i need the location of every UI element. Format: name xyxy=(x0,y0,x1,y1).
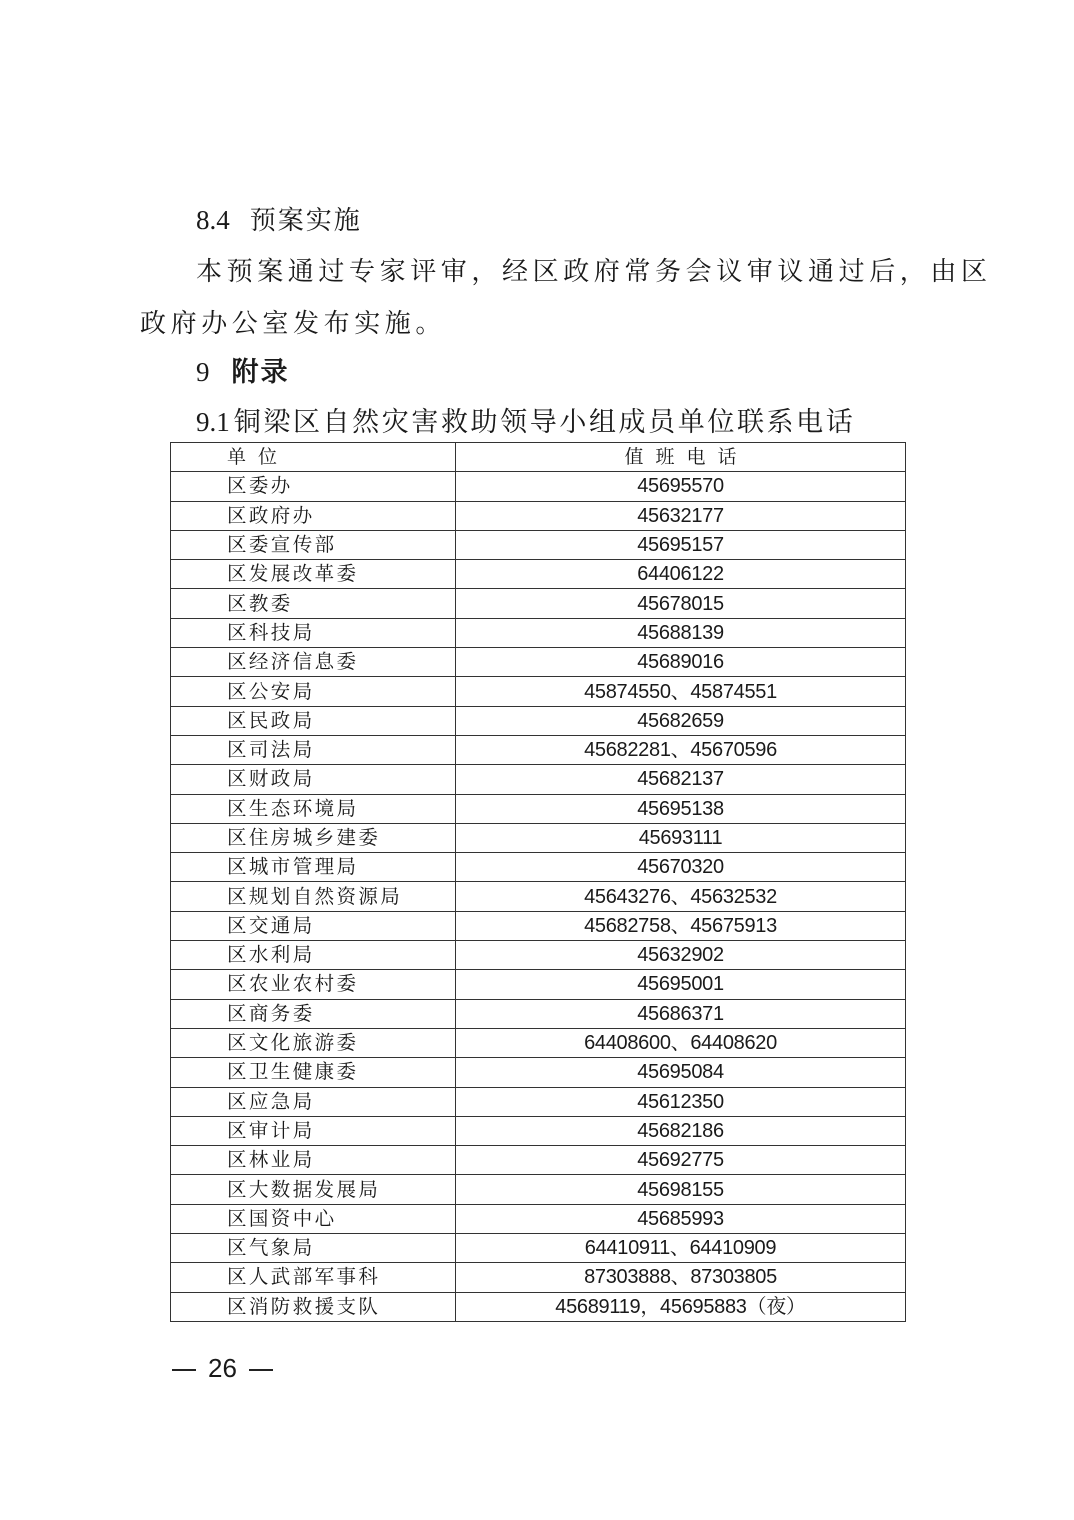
unit-cell: 区生态环境局 xyxy=(171,794,456,823)
phone-cell: 45688139 xyxy=(456,618,906,647)
table-row: 区水利局45632902 xyxy=(171,941,906,970)
unit-cell: 区水利局 xyxy=(171,941,456,970)
unit-cell: 区林业局 xyxy=(171,1146,456,1175)
table-row: 区文化旅游委64408600、64408620 xyxy=(171,1028,906,1057)
phone-cell: 45678015 xyxy=(456,589,906,618)
phone-cell: 45682281、45670596 xyxy=(456,735,906,764)
table-row: 区交通局45682758、45675913 xyxy=(171,911,906,940)
unit-cell: 区科技局 xyxy=(171,618,456,647)
unit-cell: 区民政局 xyxy=(171,706,456,735)
table-row: 区教委45678015 xyxy=(171,589,906,618)
table-row: 区国资中心45685993 xyxy=(171,1204,906,1233)
table-row: 区政府办45632177 xyxy=(171,501,906,530)
phone-cell: 45685993 xyxy=(456,1204,906,1233)
phone-cell: 45689016 xyxy=(456,648,906,677)
section-number: 9 xyxy=(196,357,210,387)
phone-cell: 45682758、45675913 xyxy=(456,911,906,940)
table-row: 区司法局45682281、45670596 xyxy=(171,735,906,764)
unit-cell: 区委办 xyxy=(171,472,456,501)
page-number: 26 xyxy=(208,1353,237,1383)
unit-cell: 区商务委 xyxy=(171,999,456,1028)
unit-cell: 区国资中心 xyxy=(171,1204,456,1233)
section-title: 预案实施 xyxy=(250,206,362,236)
table-row: 区大数据发展局45698155 xyxy=(171,1175,906,1204)
column-header-phone: 值班电话 xyxy=(456,443,906,472)
section-9-heading: 9附录 xyxy=(196,352,290,393)
unit-cell: 区卫生健康委 xyxy=(171,1058,456,1087)
table-row: 区科技局45688139 xyxy=(171,618,906,647)
section-number: 9.1 xyxy=(196,407,230,437)
paragraph-line-2: 政府办公室发布实施。 xyxy=(140,304,446,344)
phone-cell: 45632177 xyxy=(456,501,906,530)
unit-cell: 区审计局 xyxy=(171,1116,456,1145)
column-header-unit: 单位 xyxy=(171,443,456,472)
unit-cell: 区规划自然资源局 xyxy=(171,882,456,911)
table-row: 区生态环境局45695138 xyxy=(171,794,906,823)
table-row: 区消防救援支队45689119，45695883（夜） xyxy=(171,1292,906,1321)
unit-cell: 区消防救援支队 xyxy=(171,1292,456,1321)
table-row: 区人武部军事科87303888、87303805 xyxy=(171,1263,906,1292)
phone-cell: 64408600、64408620 xyxy=(456,1028,906,1057)
unit-cell: 区发展改革委 xyxy=(171,560,456,589)
phone-cell: 45689119，45695883（夜） xyxy=(456,1292,906,1321)
section-title: 铜梁区自然灾害救助领导小组成员单位联系电话 xyxy=(234,407,856,438)
table-row: 区商务委45686371 xyxy=(171,999,906,1028)
paragraph-line-1: 本预案通过专家评审，经区政府常务会议审议通过后，由区 xyxy=(196,252,992,292)
phone-cell: 45695157 xyxy=(456,530,906,559)
table-row: 区城市管理局45670320 xyxy=(171,853,906,882)
phone-cell: 45612350 xyxy=(456,1087,906,1116)
unit-cell: 区财政局 xyxy=(171,765,456,794)
table-row: 区财政局45682137 xyxy=(171,765,906,794)
phone-cell: 45693111 xyxy=(456,823,906,852)
section-9-1-heading: 9.1铜梁区自然灾害救助领导小组成员单位联系电话 xyxy=(196,402,855,443)
section-number: 8.4 xyxy=(196,205,230,235)
unit-cell: 区文化旅游委 xyxy=(171,1028,456,1057)
phone-cell: 45632902 xyxy=(456,941,906,970)
unit-cell: 区住房城乡建委 xyxy=(171,823,456,852)
dash-right xyxy=(249,1369,273,1371)
section-8-4-heading: 8.4预案实施 xyxy=(196,200,362,241)
phone-cell: 45682186 xyxy=(456,1116,906,1145)
unit-cell: 区教委 xyxy=(171,589,456,618)
page-footer: 26 xyxy=(172,1350,273,1386)
phone-cell: 64406122 xyxy=(456,560,906,589)
table-row: 区住房城乡建委45693111 xyxy=(171,823,906,852)
unit-cell: 区委宣传部 xyxy=(171,530,456,559)
table-row: 区应急局45612350 xyxy=(171,1087,906,1116)
phone-cell: 45643276、45632532 xyxy=(456,882,906,911)
section-title: 附录 xyxy=(232,357,290,388)
phone-cell: 45670320 xyxy=(456,853,906,882)
phone-cell: 45698155 xyxy=(456,1175,906,1204)
phone-cell: 45682659 xyxy=(456,706,906,735)
unit-cell: 区政府办 xyxy=(171,501,456,530)
unit-cell: 区城市管理局 xyxy=(171,853,456,882)
table-row: 区委宣传部45695157 xyxy=(171,530,906,559)
unit-cell: 区气象局 xyxy=(171,1234,456,1263)
contacts-table: 单位 值班电话 区委办45695570区政府办45632177区委宣传部4569… xyxy=(170,442,906,1322)
table-row: 区经济信息委45689016 xyxy=(171,648,906,677)
phone-cell: 45695001 xyxy=(456,970,906,999)
phone-cell: 45695084 xyxy=(456,1058,906,1087)
unit-cell: 区交通局 xyxy=(171,911,456,940)
table-row: 区卫生健康委45695084 xyxy=(171,1058,906,1087)
unit-cell: 区人武部军事科 xyxy=(171,1263,456,1292)
phone-cell: 45874550、45874551 xyxy=(456,677,906,706)
phone-cell: 64410911、64410909 xyxy=(456,1234,906,1263)
table-header-row: 单位 值班电话 xyxy=(171,443,906,472)
table-row: 区委办45695570 xyxy=(171,472,906,501)
table-row: 区规划自然资源局45643276、45632532 xyxy=(171,882,906,911)
phone-cell: 45686371 xyxy=(456,999,906,1028)
table-row: 区林业局45692775 xyxy=(171,1146,906,1175)
phone-cell: 45682137 xyxy=(456,765,906,794)
phone-cell: 87303888、87303805 xyxy=(456,1263,906,1292)
table-row: 区农业农村委45695001 xyxy=(171,970,906,999)
unit-cell: 区司法局 xyxy=(171,735,456,764)
unit-cell: 区农业农村委 xyxy=(171,970,456,999)
table-row: 区审计局45682186 xyxy=(171,1116,906,1145)
table-row: 区公安局45874550、45874551 xyxy=(171,677,906,706)
dash-left xyxy=(172,1369,196,1371)
unit-cell: 区应急局 xyxy=(171,1087,456,1116)
unit-cell: 区大数据发展局 xyxy=(171,1175,456,1204)
unit-cell: 区公安局 xyxy=(171,677,456,706)
table-row: 区气象局64410911、64410909 xyxy=(171,1234,906,1263)
table-row: 区民政局45682659 xyxy=(171,706,906,735)
unit-cell: 区经济信息委 xyxy=(171,648,456,677)
phone-cell: 45695138 xyxy=(456,794,906,823)
phone-cell: 45692775 xyxy=(456,1146,906,1175)
table-row: 区发展改革委64406122 xyxy=(171,560,906,589)
phone-cell: 45695570 xyxy=(456,472,906,501)
